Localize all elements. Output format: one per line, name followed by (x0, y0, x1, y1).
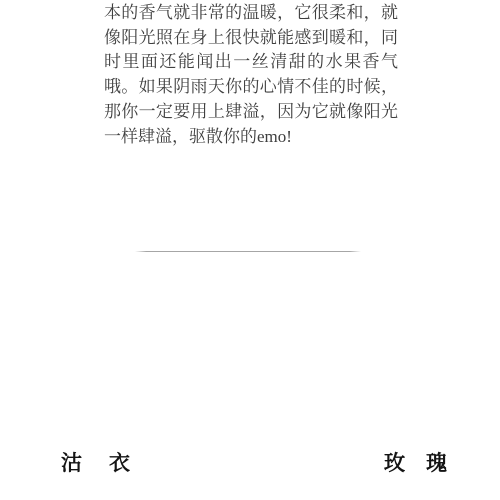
footer-chapter-title: 玫瑰 (384, 453, 468, 474)
text-line: 时里面还能闻出一丝清甜的水果香气 (104, 50, 398, 75)
text-line: 本的香气就非常的温暖，它很柔和，就 (104, 1, 398, 26)
article-text: 本的香气就非常的温暖，它很柔和，就 像阳光照在身上很快就能感到暖和，同 时里面还… (104, 1, 398, 149)
text-line: 哦。如果阴雨天你的心情不佳的时候， (104, 75, 398, 100)
reader-page: 本的香气就非常的温暖，它很柔和，就 像阳光照在身上很快就能感到暖和，同 时里面还… (0, 0, 500, 500)
section-divider-line (135, 251, 361, 252)
text-line: 一样肆溢，驱散你的emo! (104, 125, 398, 150)
text-line: 那你一定要用上肆溢，因为它就像阳光 (104, 100, 398, 125)
text-line: 像阳光照在身上很快就能感到暖和，同 (104, 26, 398, 51)
footer-book-title: 沽衣 (61, 453, 157, 474)
